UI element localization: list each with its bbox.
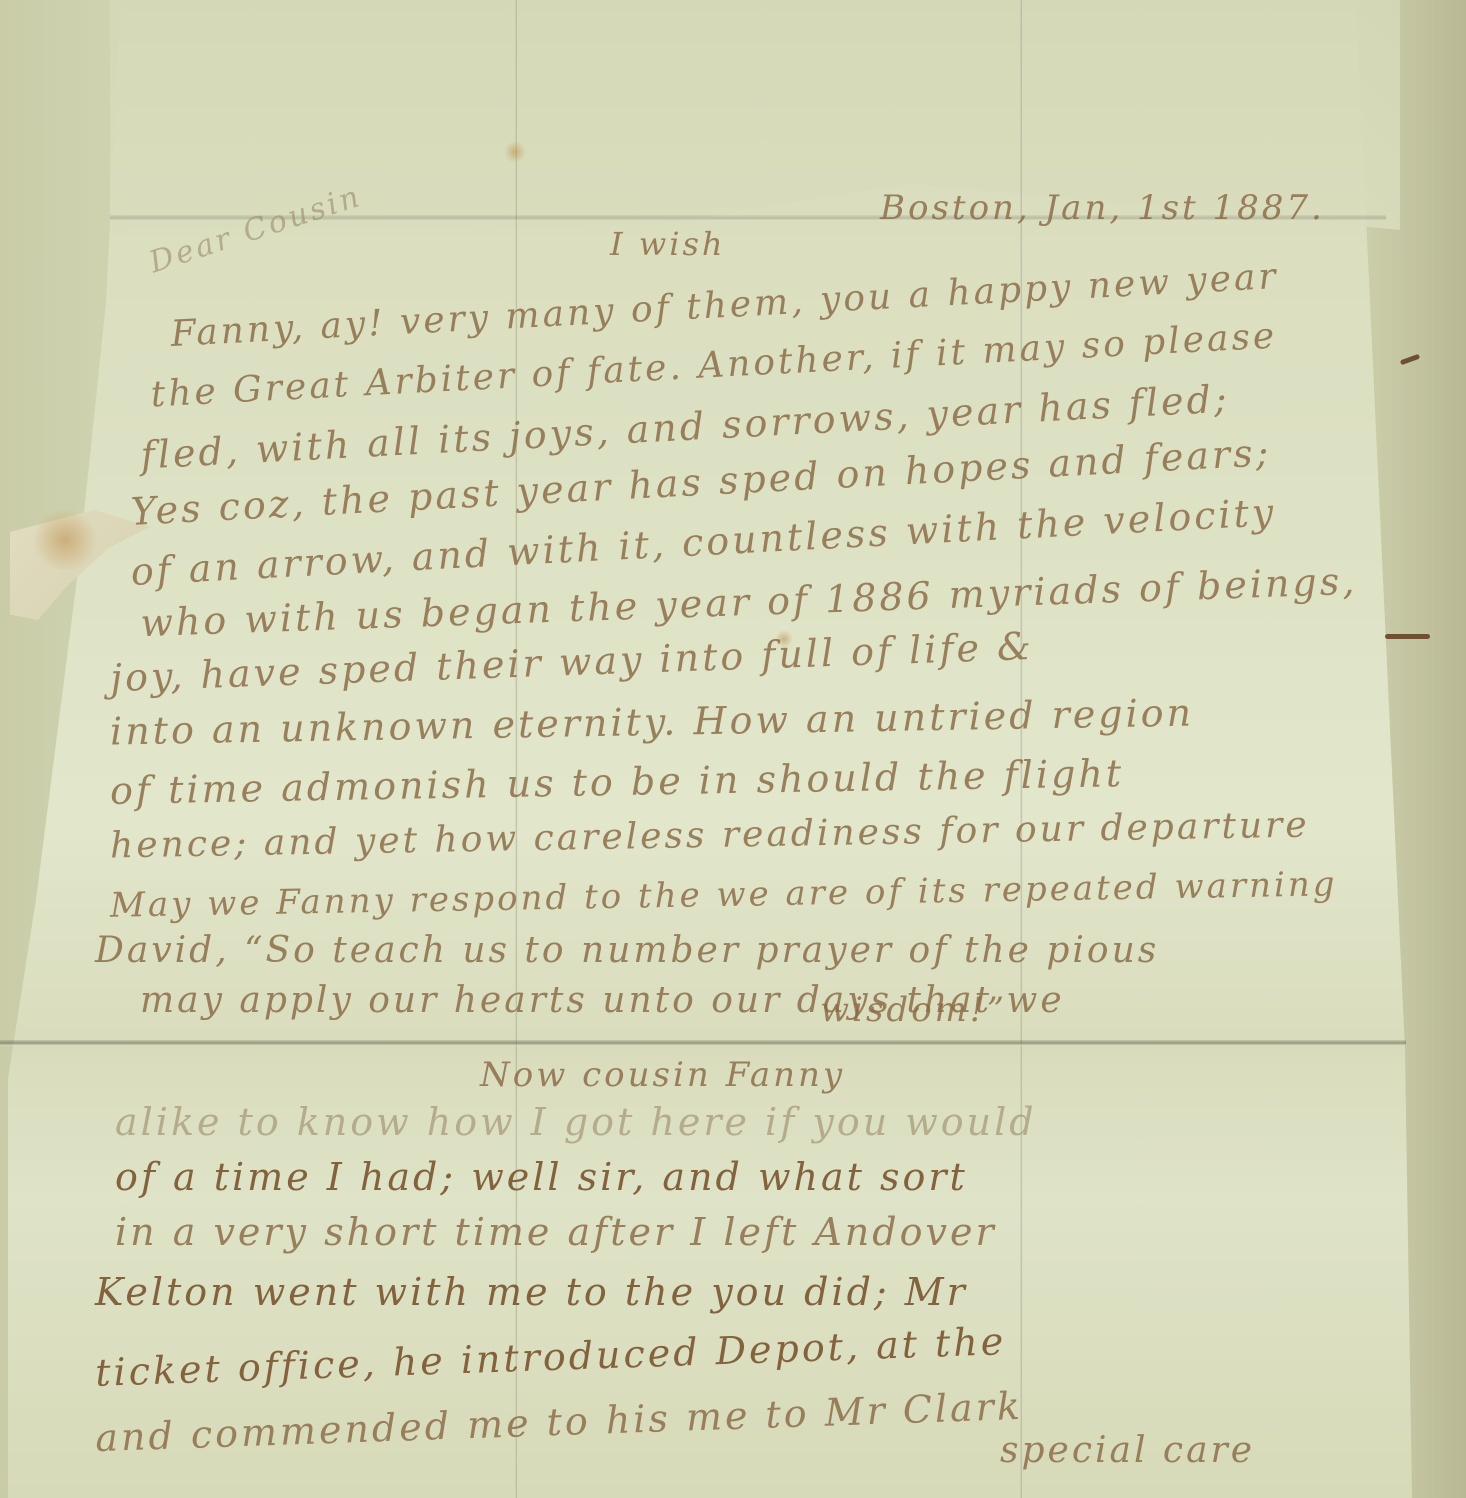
letter-line: May we Fanny respond to the we are of it… — [110, 864, 1338, 925]
letter-line: Now cousin Fanny — [480, 1055, 845, 1095]
letter-line: of a time I had; well sir, and what sort — [115, 1155, 968, 1199]
salutation-fragment: Dear Cousin — [145, 179, 366, 281]
letter-line: I wish — [610, 225, 725, 263]
letter-line: of time admonish us to be in should the … — [110, 751, 1125, 813]
letter-line: ticket office, he introduced Depot, at t… — [95, 1319, 1007, 1395]
letter-line: alike to know how I got here if you woul… — [115, 1100, 1037, 1144]
letter-line: special care — [1000, 1430, 1255, 1471]
letter-line: into an unknown eternity. How an untried… — [110, 691, 1195, 754]
letter-line: Kelton went with me to the you did; Mr — [95, 1270, 968, 1314]
letter-line: David, “So teach us to number prayer of … — [95, 930, 1159, 971]
letter-line: in a very short time after I left Andove… — [115, 1210, 997, 1254]
letter-line: wisdom!” — [820, 990, 1007, 1030]
letter-line: hence; and yet how careless readiness fo… — [110, 805, 1310, 867]
letter-text: Dear Cousin Boston, Jan, 1st 1887. I wis… — [0, 0, 1466, 1498]
letter-line: and commended me to his me to Mr Clark — [95, 1384, 1024, 1460]
place-date: Boston, Jan, 1st 1887. — [880, 188, 1325, 228]
